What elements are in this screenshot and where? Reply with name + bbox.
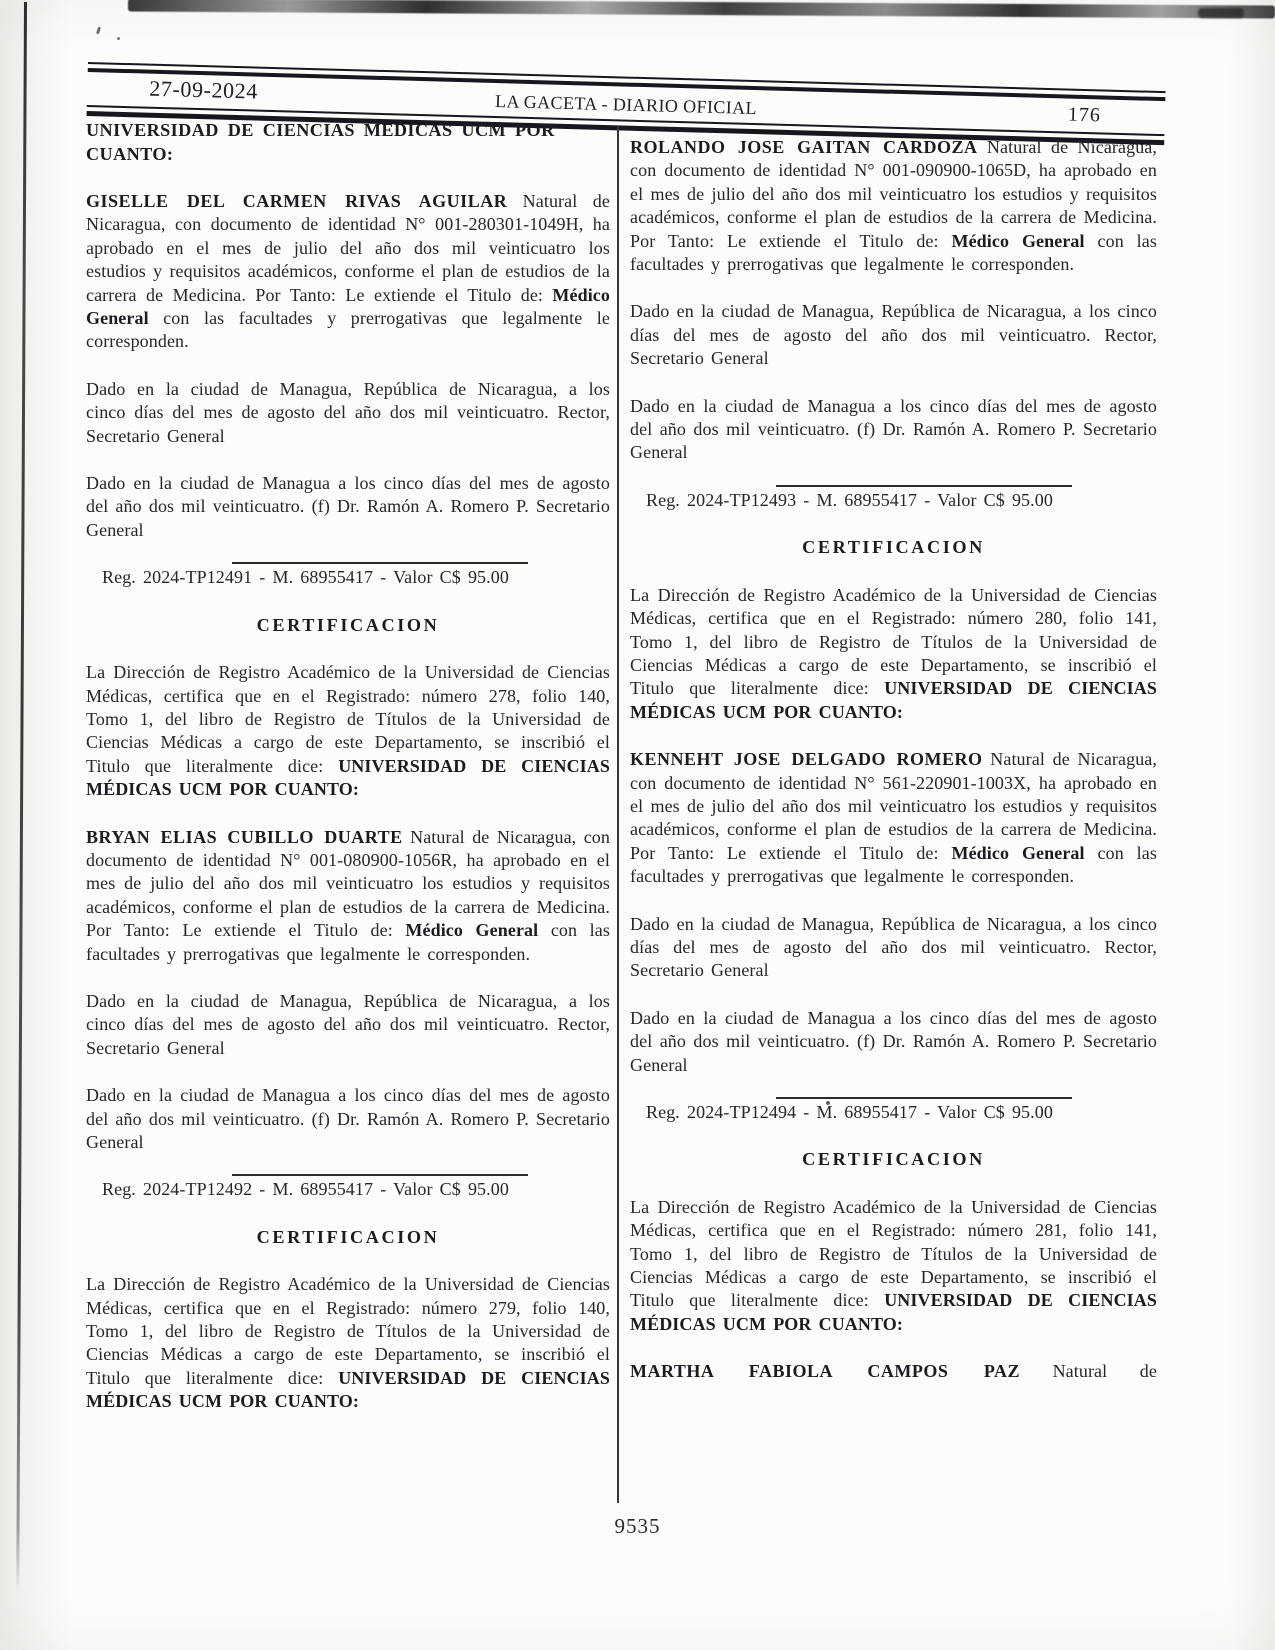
- registration-text: Reg. 2024-TP12492 - M. 68955417 - Valor …: [102, 1179, 509, 1199]
- registration-line: Reg. 2024-TP12491 - M. 68955417 - Valor …: [86, 566, 610, 589]
- por-cuanto-heading: UNIVERSIDAD DE CIENCIAS MÉDICAS UCM POR …: [86, 118, 610, 166]
- separator-line: [776, 1097, 1072, 1099]
- certification-heading: CERTIFICACION: [86, 614, 610, 637]
- degree-paragraph: ROLANDO JOSE GAITAN CARDOZA Natural de N…: [630, 136, 1157, 276]
- degree-title: Médico General: [405, 920, 538, 940]
- registration-text: Reg. 2024-TP12491 - M. 68955417 - Valor …: [102, 567, 509, 587]
- registration-line: Reg. 2024-TP12493 - M. 68955417 - Valor …: [630, 489, 1157, 512]
- degree-title: Médico General: [952, 843, 1085, 863]
- registration-line: Reg. 2024-TP12492 - M. 68955417 - Valor …: [86, 1178, 610, 1201]
- separator-line: [232, 562, 528, 564]
- dado-rector-paragraph: Dado en la ciudad de Managua, República …: [630, 913, 1157, 983]
- degree-text: Natural de: [1020, 1361, 1157, 1381]
- certification-heading: CERTIFICACION: [630, 536, 1157, 559]
- column-divider: [617, 126, 619, 1503]
- scan-edge-line: [16, 2, 27, 1592]
- graduate-name: ROLANDO JOSE GAITAN CARDOZA: [630, 137, 978, 157]
- scan-noise-top-right: [1198, 8, 1244, 18]
- degree-text-tail: con las facultades y prerrogativas que l…: [86, 308, 610, 351]
- certification-paragraph: La Dirección de Registro Académico de la…: [86, 1273, 610, 1413]
- next-graduate-line: MARTHA FABIOLA CAMPOS PAZ Natural de: [630, 1360, 1157, 1383]
- dado-secretario-paragraph: Dado en la ciudad de Managua a los cinco…: [86, 1084, 610, 1154]
- registration-line: Reg. 2024-TP12494 - M. 68955417 - Valor …: [630, 1101, 1157, 1124]
- registration-text: Reg. 2024-TP12493 - M. 68955417 - Valor …: [646, 490, 1053, 510]
- dado-rector-paragraph: Dado en la ciudad de Managua, República …: [86, 378, 610, 448]
- dado-rector-paragraph: Dado en la ciudad de Managua, República …: [86, 990, 610, 1060]
- right-column: ROLANDO JOSE GAITAN CARDOZA Natural de N…: [630, 136, 1157, 1408]
- certification-paragraph: La Dirección de Registro Académico de la…: [86, 661, 610, 801]
- footer-page-number: 9535: [615, 1514, 661, 1538]
- degree-paragraph: BRYAN ELIAS CUBILLO DUARTE Natural de Ni…: [86, 826, 610, 966]
- graduate-name: BRYAN ELIAS CUBILLO DUARTE: [86, 827, 403, 847]
- separator-line: [232, 1174, 528, 1176]
- left-column: UNIVERSIDAD DE CIENCIAS MÉDICAS UCM POR …: [86, 118, 610, 1438]
- gazette-scanned-page: 27-09-2024 LA GACETA - DIARIO OFICIAL 17…: [0, 0, 1275, 1650]
- scan-speck: [96, 27, 101, 35]
- certification-heading: CERTIFICACION: [630, 1148, 1157, 1171]
- graduate-name: KENNEHT JOSE DELGADO ROMERO: [630, 749, 983, 769]
- dado-secretario-paragraph: Dado en la ciudad de Managua a los cinco…: [86, 472, 610, 542]
- header-page-number: 176: [1068, 104, 1102, 128]
- degree-paragraph: KENNEHT JOSE DELGADO ROMERO Natural de N…: [630, 748, 1157, 888]
- degree-paragraph: GISELLE DEL CARMEN RIVAS AGUILAR Natural…: [86, 190, 610, 354]
- degree-title: Médico General: [952, 231, 1085, 251]
- registration-text: Reg. 2024-TP12494 - M. 68955417 - Valor …: [646, 1102, 1053, 1122]
- certification-paragraph: La Dirección de Registro Académico de la…: [630, 1196, 1157, 1336]
- page-footer: 9535: [0, 1514, 1275, 1539]
- graduate-name: MARTHA FABIOLA CAMPOS PAZ: [630, 1361, 1020, 1381]
- graduate-name: GISELLE DEL CARMEN RIVAS AGUILAR: [86, 191, 507, 211]
- dado-rector-paragraph: Dado en la ciudad de Managua, República …: [630, 300, 1157, 370]
- dado-secretario-paragraph: Dado en la ciudad de Managua a los cinco…: [630, 395, 1157, 465]
- separator-line: [776, 485, 1072, 487]
- certification-paragraph: La Dirección de Registro Académico de la…: [630, 584, 1157, 724]
- scan-noise-top-band: [128, 0, 1275, 19]
- scan-speck: [117, 37, 120, 40]
- dado-secretario-paragraph: Dado en la ciudad de Managua a los cinco…: [630, 1007, 1157, 1077]
- certification-heading: CERTIFICACION: [86, 1226, 610, 1249]
